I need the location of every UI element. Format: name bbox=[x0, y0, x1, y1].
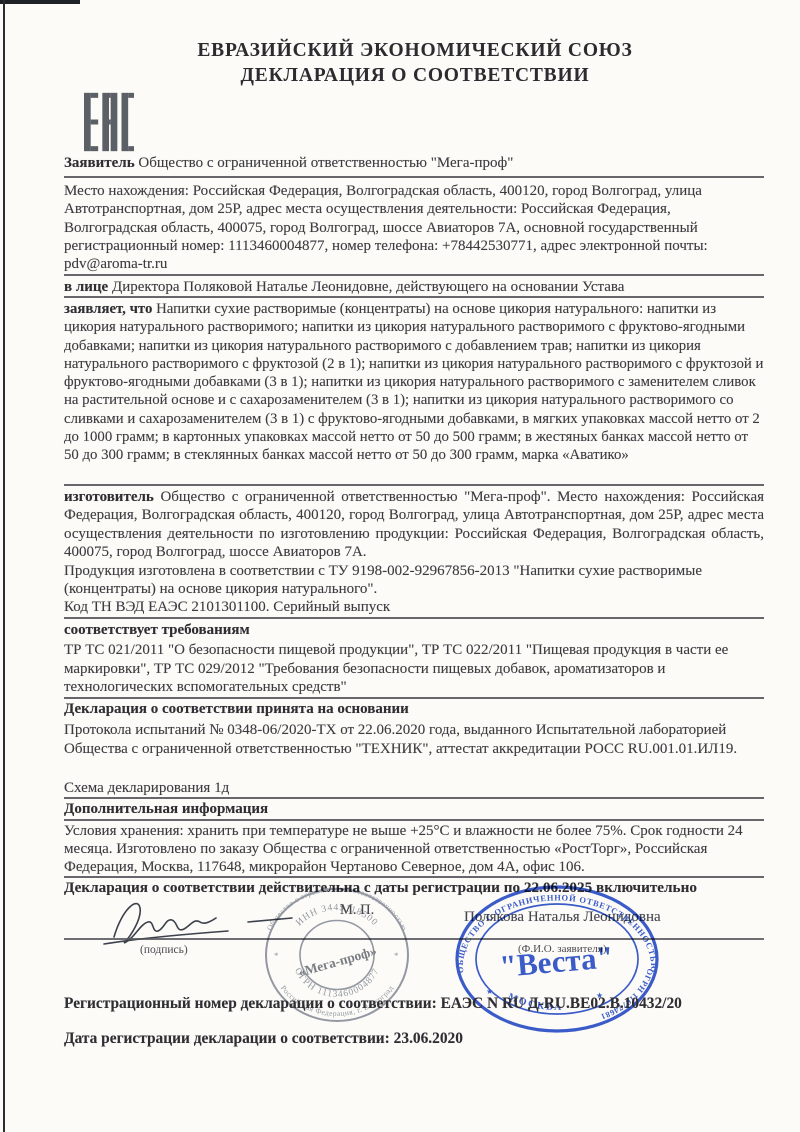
declaration-document: ЕВРАЗИЙСКИЙ ЭКОНОМИЧЕСКИЙ СОЮЗ ДЕКЛАРАЦИ… bbox=[0, 0, 800, 1132]
applicant-value: Общество с ограниченной ответственностью… bbox=[138, 155, 513, 171]
declaration-scheme-line: Схема декларирования 1д bbox=[64, 779, 764, 797]
complies-heading: соответствует требованиям bbox=[64, 621, 764, 639]
representative-value: Директора Поляковой Наталье Леонидовне, … bbox=[112, 279, 624, 295]
vesta-stamp-center: "Веста" bbox=[498, 939, 615, 984]
registration-date-label: Дата регистрации декларации о соответств… bbox=[64, 1030, 390, 1047]
applicant-label: Заявитель bbox=[64, 155, 135, 171]
divider bbox=[64, 797, 764, 799]
scan-artifact-top-bar bbox=[0, 0, 80, 4]
divider bbox=[64, 296, 764, 298]
representative-label: в лице bbox=[64, 279, 108, 295]
divider bbox=[64, 176, 764, 178]
registration-number-label: Регистрационный номер декларации о соотв… bbox=[64, 995, 437, 1012]
declares-paragraph: заявляет, что Напитки сухие растворимые … bbox=[64, 300, 764, 465]
registration-date-value: 23.06.2020 bbox=[394, 1030, 463, 1047]
tnved-code-line: Код ТН ВЭД ЕАЭС 2101301100. Серийный вып… bbox=[64, 598, 764, 616]
divider bbox=[64, 274, 764, 276]
divider bbox=[64, 484, 764, 486]
manufacturer-value: Общество с ограниченной ответственностью… bbox=[64, 489, 764, 560]
document-title-line2: ДЕКЛАРАЦИЯ О СООТВЕТСТВИИ bbox=[70, 65, 760, 87]
protocol-paragraph: Протокола испытаний № 0348-06/2020-ТХ от… bbox=[64, 721, 764, 759]
divider bbox=[64, 697, 764, 699]
document-title-line1: ЕВРАЗИЙСКИЙ ЭКОНОМИЧЕСКИЙ СОЮЗ bbox=[70, 40, 760, 62]
svg-text:ИНН 3445118500: ИНН 3445118500 bbox=[294, 903, 379, 928]
registration-number-line: Регистрационный номер декларации о соотв… bbox=[64, 995, 764, 1013]
production-note: Продукция изготовлена в соответствии с Т… bbox=[64, 562, 764, 599]
signature-caption: (подпись) bbox=[140, 944, 188, 956]
megaprof-star-left: * bbox=[274, 951, 279, 961]
manufacturer-label: изготовитель bbox=[64, 489, 154, 505]
megaprof-star-right: * bbox=[394, 951, 399, 961]
eac-mark-icon bbox=[84, 92, 134, 157]
storage-conditions-paragraph: Условия хранения: хранить при температур… bbox=[64, 823, 764, 876]
representative-line: в лице Директора Поляковой Наталье Леони… bbox=[64, 278, 764, 296]
complies-paragraph: ТР ТС 021/2011 "О безопасности пищевой п… bbox=[64, 641, 764, 697]
scan-artifact-left-line bbox=[3, 0, 5, 1132]
divider bbox=[64, 876, 764, 878]
additional-info-heading: Дополнительная информация bbox=[64, 800, 764, 818]
registration-number-value: ЕАЭС N RU Д-RU.BE02.B.10432/20 bbox=[441, 995, 682, 1012]
basis-heading: Декларация о соответствии принята на осн… bbox=[64, 700, 764, 718]
manufacturer-paragraph: изготовитель Общество с ограниченной отв… bbox=[64, 488, 764, 562]
divider bbox=[64, 819, 764, 821]
declares-label: заявляет, что bbox=[64, 301, 152, 317]
divider bbox=[64, 617, 764, 619]
megaprof-stamp-center: «Мега-проф» bbox=[297, 943, 379, 980]
vesta-round-stamp: ОБЩЕСТВО С ОГРАНИЧЕННОЙ ОТВЕТСТВЕННОСТЬЮ… bbox=[450, 882, 664, 1041]
registration-date-line: Дата регистрации декларации о соответств… bbox=[64, 1030, 764, 1048]
megaprof-ring-inner-top: ИНН 3445118500 bbox=[294, 903, 379, 928]
declares-value: Напитки сухие растворимые (концентраты) … bbox=[64, 301, 763, 463]
applicant-line: Заявитель Общество с ограниченной ответс… bbox=[64, 154, 764, 172]
location-paragraph: Место нахождения: Российская Федерация, … bbox=[64, 182, 764, 273]
